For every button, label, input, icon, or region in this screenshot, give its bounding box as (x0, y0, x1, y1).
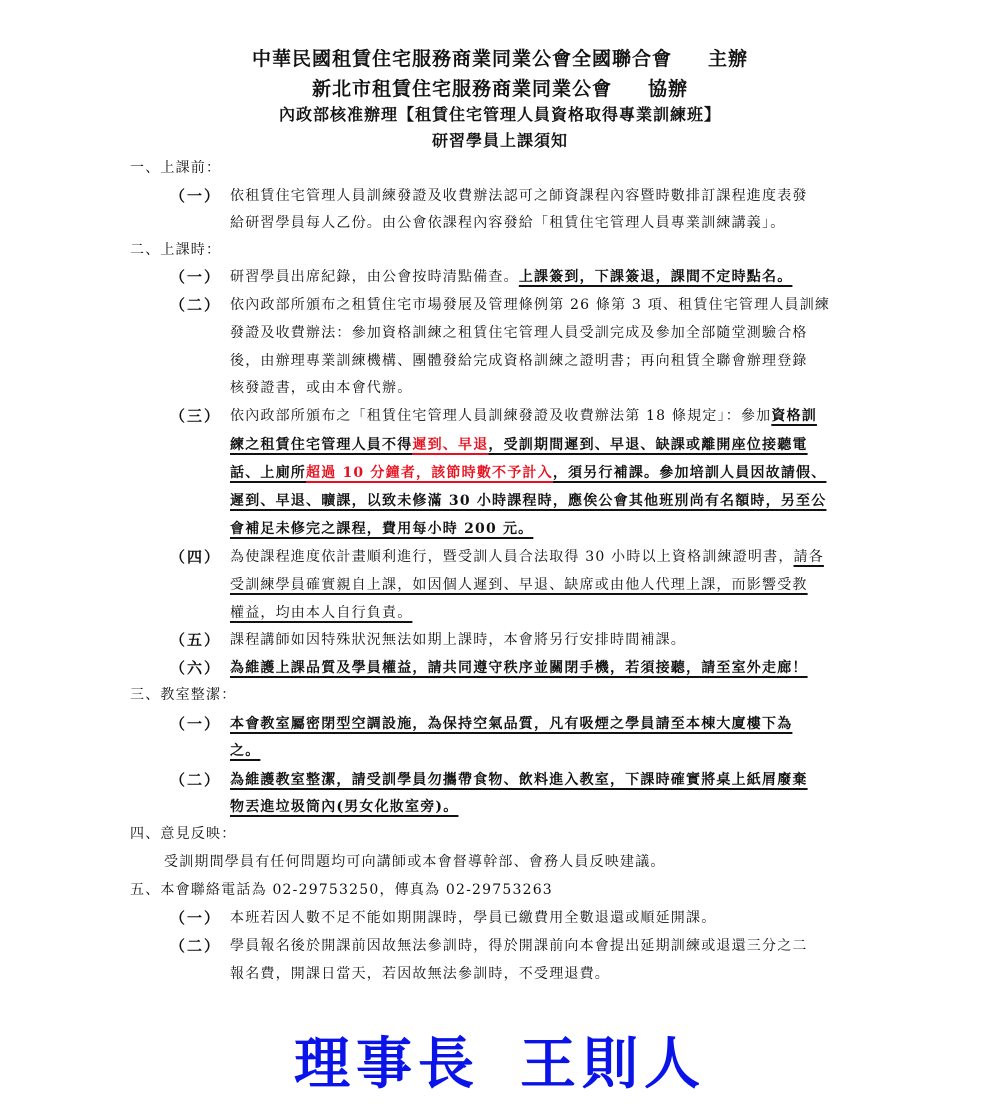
underlined-text: 權益，均由本人自行負責。 (230, 605, 412, 621)
header-co-organizer: 新北市租賃住宅服務商業同業公會協辦 (0, 74, 1000, 101)
item-text: 權益，均由本人自行負責。 (230, 603, 412, 623)
item-text: 會補足未修完之課程，費用每小時 200 元。 (230, 519, 533, 539)
emphasis-text: 練之租賃住宅管理人員不得 (230, 437, 412, 453)
red-emphasis-text: 遲到、早退 (412, 437, 488, 453)
item-text: 學員報名後於開課前因故無法參訓時，得於開課前向本會提出延期訓練或退還三分之二 (230, 936, 808, 956)
item-number: （一） (170, 908, 221, 928)
item-text: 依內政部所頒布之「租賃住宅管理人員訓練發證及收費辦法第 18 條規定」：參加資格… (230, 406, 817, 426)
section-2-title: 二、上課時： (130, 240, 221, 260)
co-organizer-role: 協辦 (648, 78, 688, 100)
section-4-title: 四、意見反映： (130, 824, 236, 844)
item-number: （一） (170, 714, 221, 734)
header-organizer: 中華民國租賃住宅服務商業同業公會全國聯合會主辦 (0, 44, 1000, 71)
emphasis-text: 話、上廁所 (230, 465, 306, 481)
item-number: （三） (170, 406, 221, 426)
item-number: （五） (170, 630, 221, 650)
item-number: （一） (170, 267, 221, 287)
section-1-title: 一、上課前： (130, 158, 221, 178)
emphasis-text: 本會教室屬密閉型空調設施，為保持空氣品質，凡有吸煙之學員請至本棟大廈樓下為 (230, 716, 792, 732)
item-text: 依租賃住宅管理人員訓練發證及收費辦法認可之師資課程內容暨時數排訂課程進度表發 (230, 186, 808, 206)
item-text: 物丟進垃圾筒內(男女化妝室旁)。 (230, 797, 458, 817)
signature-title: 理事長 (294, 1031, 480, 1097)
emphasis-text: ，受訓期間遲到、早退、缺課或離開座位接聽電 (488, 437, 807, 453)
emphasis-text: 會補足未修完之課程，費用每小時 200 元。 (230, 521, 533, 537)
emphasis-text: 為維護教室整潔，請受訓學員勿攜帶食物、飲料進入教室，下課時確實將桌上紙屑廢棄 (230, 772, 808, 788)
organizer-role: 主辦 (708, 48, 748, 70)
red-emphasis-text: 超過 10 分鐘者，該節時數不予計入 (306, 465, 553, 481)
organizer-name: 中華民國租賃住宅服務商業同業公會全國聯合會 (252, 48, 672, 70)
emphasis-text: 之。 (230, 743, 260, 759)
item-number: （六） (170, 658, 221, 678)
item-text: 後，由辦理專業訓練機構、團體發給完成資格訓練之證明書；再向租賃全聯會辦理登錄 (230, 351, 808, 371)
section-5-title: 五、本會聯絡電話為 02-29753250，傳真為 02-29753263 (130, 880, 553, 900)
item-text: 發證及收費辦法：參加資格訓練之租賃住宅管理人員受訓完成及參加全部隨堂測驗合格 (230, 323, 808, 343)
item-text: 受訓練學員確實親自上課，如因個人遲到、早退、缺席或由他人代理上課，而影響受教 (230, 575, 808, 595)
item-text: 練之租賃住宅管理人員不得遲到、早退，受訓期間遲到、早退、缺課或離開座位接聽電 (230, 435, 808, 455)
emphasis-text: 為維護上課品質及學員權益，請共同遵守秩序並關閉手機，若須接聽，請至室外走廊！ (230, 660, 808, 676)
emphasis-text: 遲到、早退、曠課，以致未修滿 30 小時課程時，應俟公會其他班別尚有名額時，另至… (230, 493, 826, 509)
course-title: 內政部核准辦理【租賃住宅管理人員資格取得專業訓練班】 (0, 102, 1000, 125)
co-organizer-name: 新北市租賃住宅服務商業同業公會 (312, 78, 612, 100)
item-text: 依內政部所頒布之租賃住宅市場發展及管理條例第 26 條第 3 項、租賃住宅管理人… (230, 295, 830, 315)
emphasis-text: 物丟進垃圾筒內(男女化妝室旁)。 (230, 799, 458, 815)
emphasis-text: 上課簽到，下課簽退，課間不定時點名。 (519, 269, 793, 285)
item-number: （二） (170, 770, 221, 790)
underlined-text: 受訓練學員確實親自上課，如因個人遲到、早退、缺席或由他人代理上課，而影響受教 (230, 577, 808, 593)
item-text: 報名費，開課日當天，若因故無法參訓時，不受理退費。 (230, 964, 610, 984)
item-number: （四） (170, 547, 221, 567)
item-text: 本班若因人數不足不能如期開課時，學員已繳費用全數退還或順延開課。 (230, 908, 716, 928)
item-number: （一） (170, 186, 221, 206)
section-3-title: 三、教室整潔： (130, 685, 236, 705)
plain-text: 依內政部所頒布之「租賃住宅管理人員訓練發證及收費辦法第 18 條規定」：參加 (230, 408, 771, 424)
document-title: 研習學員上課須知 (0, 128, 1000, 151)
item-text: 為使課程進度依計畫順利進行，暨受訓人員合法取得 30 小時以上資格訓練證明書，請… (230, 547, 824, 567)
item-text: 研習學員出席紀錄，由公會按時清點備查。上課簽到，下課簽退，課間不定時點名。 (230, 267, 792, 287)
plain-text: 為使課程進度依計畫順利進行，暨受訓人員合法取得 30 小時以上資格訓練證明書， (230, 549, 794, 565)
item-text: 遲到、早退、曠課，以致未修滿 30 小時課程時，應俟公會其他班別尚有名額時，另至… (230, 491, 826, 511)
item-text: 本會教室屬密閉型空調設施，為保持空氣品質，凡有吸煙之學員請至本棟大廈樓下為 (230, 714, 792, 734)
item-text: 為維護教室整潔，請受訓學員勿攜帶食物、飲料進入教室，下課時確實將桌上紙屑廢棄 (230, 770, 808, 790)
section-4-body: 受訓期間學員有任何問題均可向講師或本會督導幹部、會務人員反映建議。 (164, 852, 666, 872)
item-text: 課程講師如因特殊狀況無法如期上課時，本會將另行安排時間補課。 (230, 630, 686, 650)
item-text: 話、上廁所超過 10 分鐘者，該節時數不予計入，須另行補課。參加培訓人員因故請假… (230, 463, 826, 483)
item-number: （二） (170, 295, 221, 315)
emphasis-text: ，須另行補課。參加培訓人員因故請假、 (553, 465, 827, 481)
emphasis-text: 資格訓 (771, 408, 817, 424)
underlined-text: 請各 (794, 549, 824, 565)
item-text: 之。 (230, 741, 260, 761)
item-text: 給研習學員每人乙份。由公會依課程內容發給「租賃住宅管理人員專業訓練講義」。 (230, 213, 785, 233)
signature-name: 王則人 (520, 1031, 706, 1097)
item-text: 核發證書，或由本會代辦。 (230, 378, 412, 398)
signature: 理事長王則人 (0, 1020, 1000, 1100)
item-text: 為維護上課品質及學員權益，請共同遵守秩序並關閉手機，若須接聽，請至室外走廊！ (230, 658, 808, 678)
plain-text: 研習學員出席紀錄，由公會按時清點備查。 (230, 269, 519, 285)
item-number: （二） (170, 936, 221, 956)
